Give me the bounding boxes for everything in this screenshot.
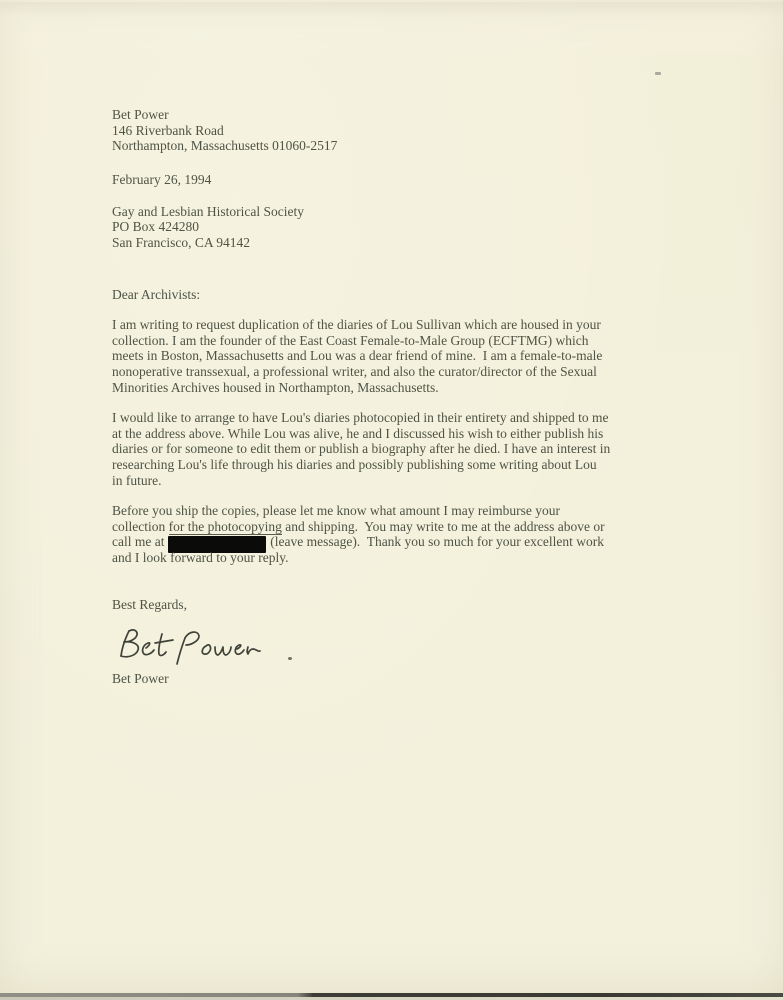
text-segment: I would like to arrange to have Lou's di… [112, 410, 609, 425]
text-segment: nonoperative transsexual, a professional… [112, 364, 597, 379]
text-segment: meets in Boston, Massachusetts and Lou w… [112, 348, 602, 363]
closing: Best Regards, [112, 597, 692, 613]
text-segment: for the photocopying [169, 519, 282, 535]
ink-dot [288, 657, 292, 660]
text-segment: Before you ship the copies, please let m… [112, 503, 560, 518]
recipient-address-line: PO Box 424280 [112, 219, 692, 235]
sender-address-block: Bet Power146 Riverbank RoadNorthampton, … [112, 107, 692, 154]
paragraph-line: collection. I am the founder of the East… [112, 333, 692, 349]
paragraph-line: diaries or for someone to edit them or p… [112, 441, 692, 457]
text-segment: (leave message). Thank you so much for y… [267, 534, 604, 549]
text-segment: in future. [112, 473, 162, 488]
text-segment: collection [112, 519, 169, 534]
paragraph: I am writing to request duplication of t… [112, 317, 692, 395]
sender-address-line: Northampton, Massachusetts 01060-2517 [112, 138, 692, 154]
typed-name: Bet Power [112, 671, 692, 687]
text-segment: researching Lou's life through his diari… [112, 457, 597, 472]
paragraph-line: Minorities Archives housed in Northampto… [112, 380, 692, 396]
paragraph-line: researching Lou's life through his diari… [112, 457, 692, 473]
text-segment: call me at [112, 534, 168, 549]
paragraph-line: nonoperative transsexual, a professional… [112, 364, 692, 380]
paragraph-line: I would like to arrange to have Lou's di… [112, 410, 692, 426]
signature-handwriting [112, 625, 692, 667]
paragraph-line: and I look forward to your reply. [112, 550, 692, 566]
paragraph-line: call me at (leave message). Thank you so… [112, 534, 692, 550]
paper-speck [655, 72, 661, 75]
scanned-letter-page: Bet Power146 Riverbank RoadNorthampton, … [0, 0, 783, 1000]
recipient-address-line: San Francisco, CA 94142 [112, 235, 692, 251]
paragraph-line: in future. [112, 473, 692, 489]
paragraph-line: at the address above. While Lou was aliv… [112, 426, 692, 442]
text-segment: I am writing to request duplication of t… [112, 317, 601, 332]
letter-content: Bet Power146 Riverbank RoadNorthampton, … [112, 107, 692, 687]
scan-top-edge [0, 2, 783, 16]
letter-date: February 26, 1994 [112, 172, 692, 188]
paragraph-line: meets in Boston, Massachusetts and Lou w… [112, 348, 692, 364]
text-segment: and I look forward to your reply. [112, 550, 288, 565]
salutation: Dear Archivists: [112, 287, 692, 303]
recipient-address-line: Gay and Lesbian Historical Society [112, 204, 692, 220]
paragraph-line: I am writing to request duplication of t… [112, 317, 692, 333]
paragraph: I would like to arrange to have Lou's di… [112, 410, 692, 488]
paragraph-line: Before you ship the copies, please let m… [112, 503, 692, 519]
text-segment: Minorities Archives housed in Northampto… [112, 380, 439, 395]
recipient-address-block: Gay and Lesbian Historical SocietyPO Box… [112, 204, 692, 251]
text-segment: collection. I am the founder of the East… [112, 333, 589, 348]
letter-body: I am writing to request duplication of t… [112, 317, 692, 566]
sender-address-line: 146 Riverbank Road [112, 123, 692, 139]
paragraph: Before you ship the copies, please let m… [112, 503, 692, 566]
signature-strokes [112, 625, 262, 667]
text-segment: and shipping. You may write to me at the… [282, 519, 605, 534]
text-segment: diaries or for someone to edit them or p… [112, 441, 610, 456]
sender-address-line: Bet Power [112, 107, 692, 123]
text-segment: at the address above. While Lou was aliv… [112, 426, 603, 441]
paragraph-line: collection for the photocopying and ship… [112, 519, 692, 535]
